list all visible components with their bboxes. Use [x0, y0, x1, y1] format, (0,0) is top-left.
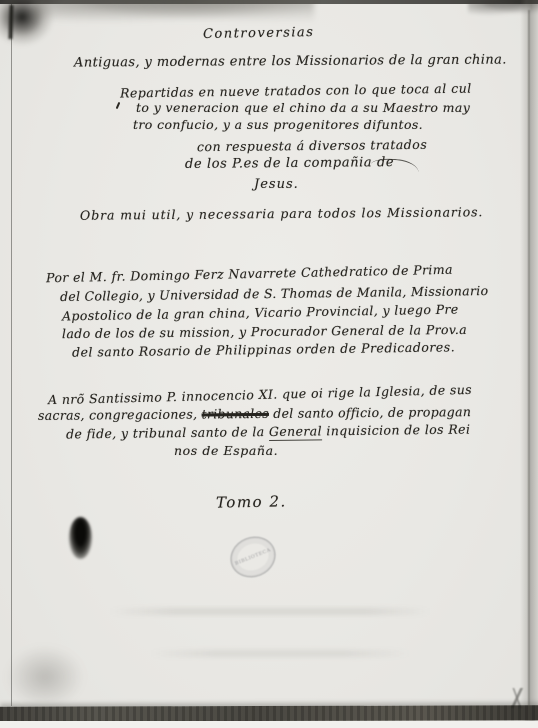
dedication-line: A nrõ Santissimo P. innocencio XI. que o… [48, 382, 472, 407]
photo-bottom-margin [0, 721, 538, 728]
left-fold-line [11, 4, 12, 706]
ink-blot [69, 517, 92, 559]
show-through-ghost [110, 608, 430, 615]
crossed-out-word: tribunales [202, 406, 270, 422]
subtitle-line: to y veneracion que el chino da a su Mae… [136, 100, 470, 115]
manuscript-title: Controversias [203, 25, 315, 42]
subtitle-line: Repartidas en nueve tratados con lo que … [120, 81, 472, 101]
subtitle-line: Antiguas, y modernas entre los Missionar… [74, 52, 507, 70]
dedication-line: de fide, y tribunal santo de la General … [66, 422, 470, 442]
subtitle-line: con respuesta á diversos tratados [197, 137, 427, 154]
dedication-line: nos de España. [174, 443, 278, 458]
show-through-ghost [150, 650, 410, 657]
dedication-line: sacras, congregaciones, tribunales del s… [38, 404, 471, 423]
bottom-right-scratches [498, 688, 536, 708]
library-stamp-text: BIBLIOTECA [234, 547, 272, 567]
subtitle-line: tro confucio, y a sus progenitores difun… [133, 117, 423, 132]
subtitle-line: Jesus. [254, 177, 299, 192]
pen-flourish [370, 157, 419, 175]
author-line: del santo Rosario de Philippinas orden d… [72, 339, 455, 359]
author-line: lado de los de su mission, y Procurador … [62, 322, 467, 341]
stray-pen-mark [116, 102, 121, 109]
subtitle-line: de los P.es de la compañia de [185, 155, 394, 172]
volume-label: Tomo 2. [216, 492, 287, 511]
dedication-text: sacras, congregaciones, [38, 406, 202, 422]
top-edge-mottling [34, 0, 314, 26]
page-bottom-shadow-band [0, 705, 538, 721]
bottom-left-smudge [6, 646, 84, 708]
underlined-word: General [269, 423, 322, 441]
note-line: Obra mui util, y necessaria para todos l… [80, 204, 483, 223]
author-line: Por el M. fr. Domingo Ferz Navarrete Cat… [46, 262, 453, 286]
author-line: Apostolico de la gran china, Vicario Pro… [62, 302, 459, 324]
manuscript-scan: Controversias Antiguas, y modernas entre… [0, 0, 538, 728]
library-stamp: BIBLIOTECA [224, 530, 282, 584]
dedication-text: de fide, y tribunal santo de la [66, 424, 269, 441]
right-page-edge-line [528, 10, 530, 710]
dedication-text: del santo officio, de propagan [269, 404, 471, 421]
dedication-text: inquisicion de los Rei [322, 422, 471, 439]
author-line: del Collegio, y Universidad de S. Thomas… [60, 283, 489, 304]
